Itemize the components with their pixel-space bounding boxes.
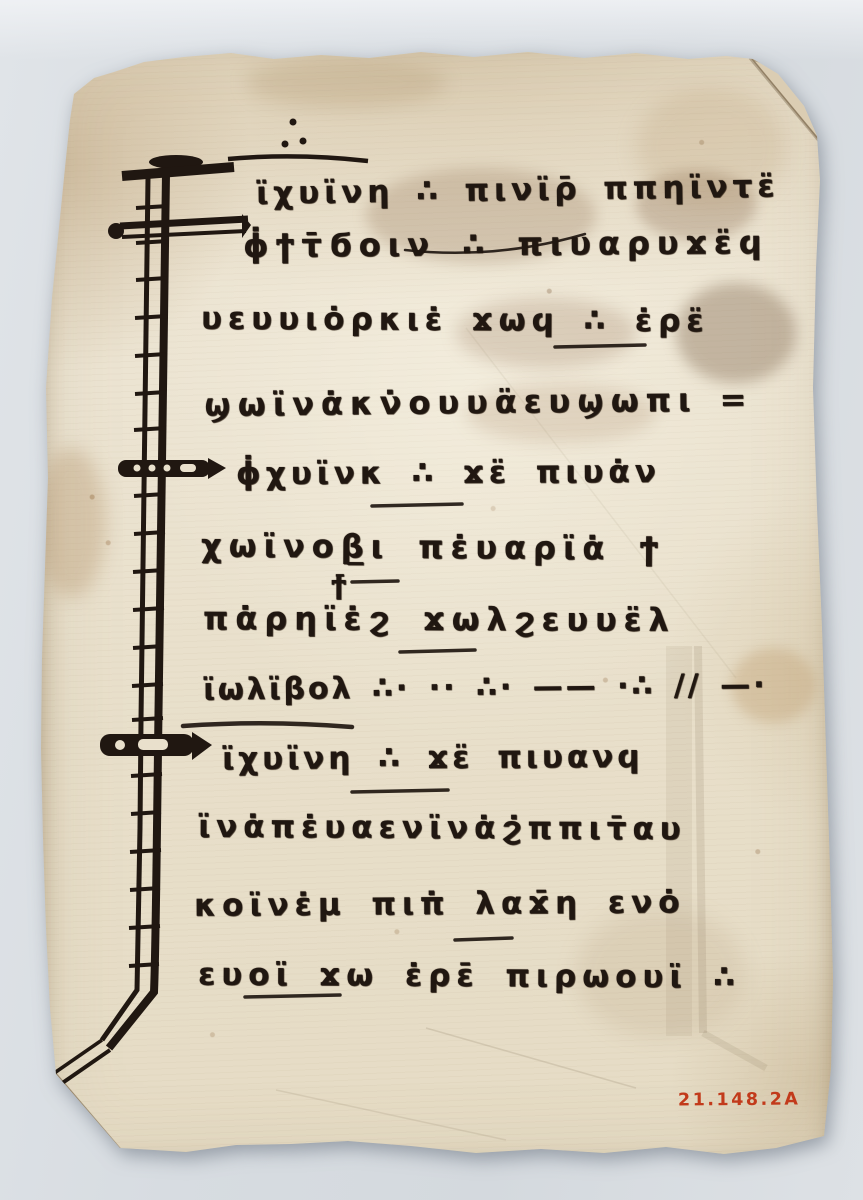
crossbar-2 bbox=[118, 458, 226, 479]
accession-number: 21.148.2A bbox=[678, 1089, 801, 1110]
text-line-12: ευοϊ ϫω ε̇ρε̄ πιρωουϊ ∴ bbox=[198, 957, 741, 996]
text-line-9: ϊχυϊνη ∴ ϫε̈ πιυανϥ bbox=[222, 739, 644, 777]
crossbar-3 bbox=[100, 732, 212, 760]
text-line-1: ϊχυϊνη ∴ πινϊρ̄ ππηϊντε̈ bbox=[256, 168, 780, 211]
text-line-6: χωϊνοβ̲ι πε̇υαρϊα̇ ϯ bbox=[201, 526, 666, 567]
fold-top-right bbox=[750, 58, 820, 142]
header-rule-and-dots bbox=[228, 119, 368, 162]
bleedthrough-ghost bbox=[666, 646, 766, 1068]
fold-bottom-left bbox=[56, 1074, 120, 1149]
manuscript-leaf: ϊχυϊνη ∴ πινϊρ̄ ππηϊντε̈ ϕ̇ϯτ̄ϭοιν ∴ πιυ… bbox=[36, 28, 838, 1172]
photo: { "colors": { "bg": "#d9dee3", "paper": … bbox=[0, 0, 863, 1200]
head-mark: ϯ̄ bbox=[331, 571, 346, 601]
manuscript-leaf-wrapper: ϊχυϊνη ∴ πινϊρ̄ ππηϊντε̈ ϕ̇ϯτ̄ϭοιν ∴ πιυ… bbox=[0, 0, 863, 1200]
text-line-8: ϊωλϊβολ ∴· ·· ∴· —— ·∴ // —· bbox=[203, 668, 768, 708]
text-line-5: ϕ̇χυϊνκ ∴ ϫε̈ πιυα̇ν bbox=[236, 454, 661, 492]
text-line-11: κοϊνε̇μ πιπ̇ λαϫ̄η ενο̇ bbox=[194, 884, 686, 923]
text-line-10: ϊνα̇πε̇υαενϊνα̇ϩ̇ππιτ̄αυ bbox=[198, 809, 687, 848]
text-line-7: πα̇ρηϊε̇ϩ ϫωλϩευυε̈λ bbox=[203, 599, 676, 639]
text-line-4: ϣωϊνα̇κν̇ουυα̈ευϣωπι = bbox=[204, 380, 754, 424]
text-line-2: ϕ̇ϯτ̄ϭοιν ∴ πιυαρυϫε̈ϥ bbox=[243, 223, 769, 265]
crossbar-1 bbox=[108, 214, 251, 239]
text-line-3: υευυιο̇ρκιε̇ ϫωϥ ∴ ε̇ρε̈ bbox=[201, 301, 710, 340]
